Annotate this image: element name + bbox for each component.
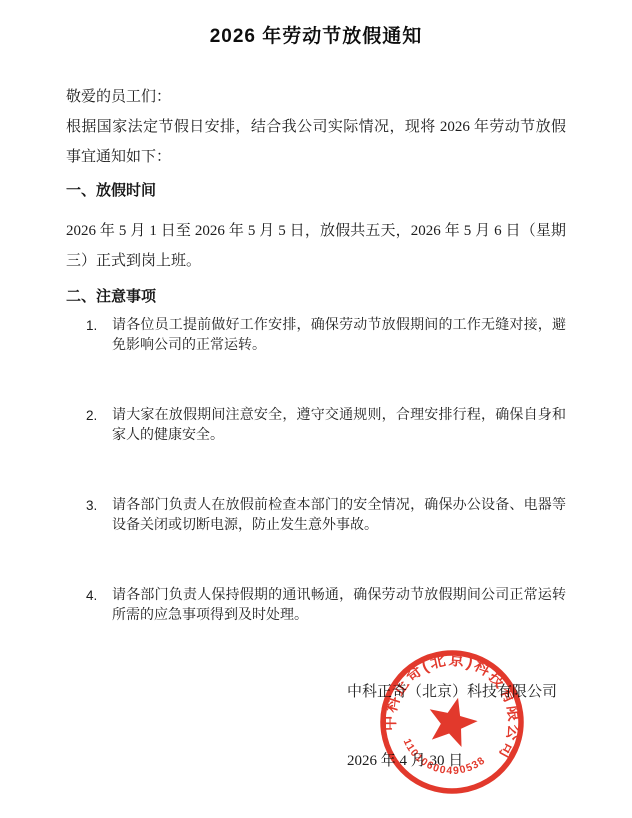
intro-paragraph: 根据国家法定节假日安排，结合我公司实际情况，现将 2026 年劳动节放假事宜通知… bbox=[66, 112, 566, 172]
list-item-4: 4. 请各部门负责人保持假期的通讯畅通，确保劳动节放假期间公司正常运转所需的应急… bbox=[86, 586, 566, 625]
list-item-1: 1. 请各位员工提前做好工作安排，确保劳动节放假期间的工作无缝对接，避免影响公司… bbox=[86, 316, 566, 355]
section-1-body: 2026 年 5 月 1 日至 2026 年 5 月 5 日，放假共五天，202… bbox=[66, 216, 566, 276]
seal-star-icon bbox=[423, 692, 482, 750]
document-page: 2026 年劳动节放假通知 敬爱的员工们： 根据国家法定节假日安排，结合我公司实… bbox=[0, 0, 632, 818]
list-item-text: 请各位员工提前做好工作安排，确保劳动节放假期间的工作无缝对接，避免影响公司的正常… bbox=[112, 316, 566, 355]
notes-list: 1. 请各位员工提前做好工作安排，确保劳动节放假期间的工作无缝对接，避免影响公司… bbox=[66, 316, 566, 625]
list-item-number: 1. bbox=[86, 316, 112, 336]
list-item-number: 3. bbox=[86, 496, 112, 516]
company-seal-stamp: 中科正奇(北京)科技有限公司 11010600490538 bbox=[361, 631, 543, 813]
list-item-3: 3. 请各部门负责人在放假前检查本部门的安全情况，确保办公设备、电器等设备关闭或… bbox=[86, 496, 566, 535]
list-item-2: 2. 请大家在放假期间注意安全，遵守交通规则，合理安排行程，确保自身和家人的健康… bbox=[86, 406, 566, 445]
section-1-heading: 一、放假时间 bbox=[66, 176, 566, 206]
list-item-text: 请各部门负责人保持假期的通讯畅通，确保劳动节放假期间公司正常运转所需的应急事项得… bbox=[112, 586, 566, 625]
list-item-text: 请大家在放假期间注意安全，遵守交通规则，合理安排行程，确保自身和家人的健康安全。 bbox=[112, 406, 566, 445]
list-item-number: 2. bbox=[86, 406, 112, 426]
document-title: 2026 年劳动节放假通知 bbox=[66, 24, 566, 50]
list-item-text: 请各部门负责人在放假前检查本部门的安全情况，确保办公设备、电器等设备关闭或切断电… bbox=[112, 496, 566, 535]
list-item-number: 4. bbox=[86, 586, 112, 606]
section-2-heading: 二、注意事项 bbox=[66, 282, 566, 312]
greeting-line: 敬爱的员工们： bbox=[66, 82, 566, 112]
